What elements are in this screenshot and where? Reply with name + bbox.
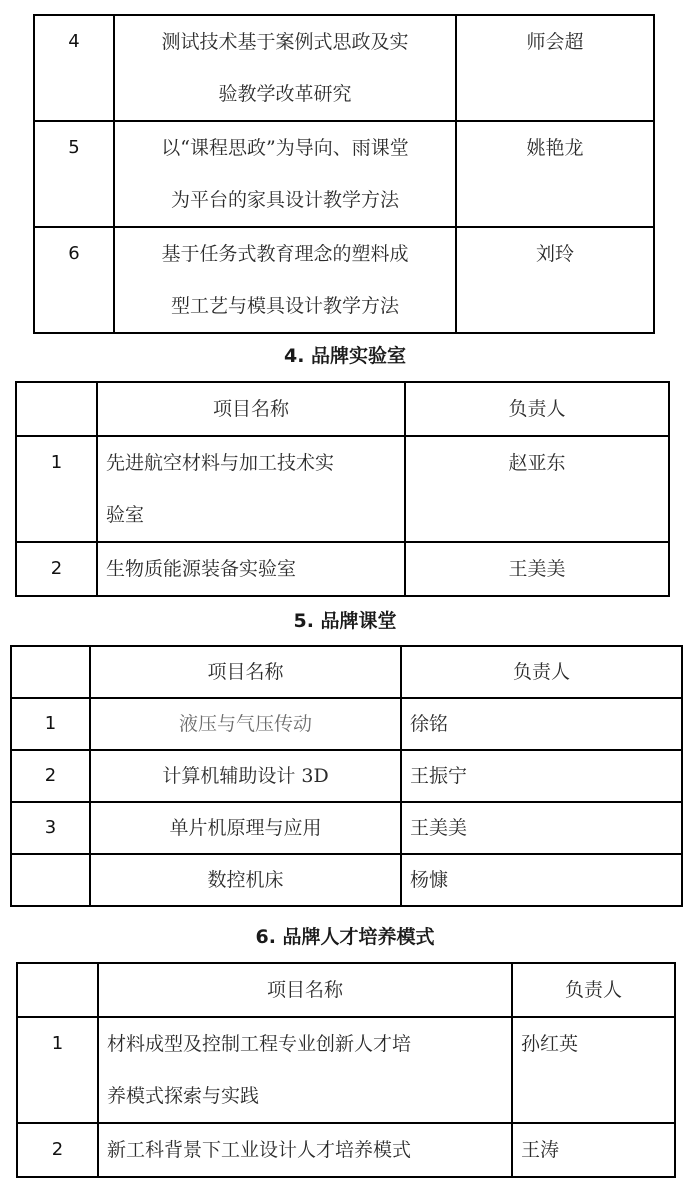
table-row: 5 以“课程思政”为导向、雨课堂 为平台的家具设计教学方法 姚艳龙	[34, 121, 654, 227]
header-number	[16, 382, 97, 436]
row-number: 3	[11, 802, 90, 854]
table-row: 4 测试技术基于案例式思政及实 验教学改革研究 师会超	[34, 15, 654, 121]
row-number: 1	[11, 698, 90, 750]
project-name: 测试技术基于案例式思政及实 验教学改革研究	[114, 15, 456, 121]
brand-course-table: 项目名称 负责人 1 液压与气压传动 徐铭 2 计算机辅助设计 3D 王振宁 3…	[10, 645, 683, 907]
project-name: 计算机辅助设计 3D	[90, 750, 401, 802]
project-name: 新工科背景下工业设计人才培养模式	[98, 1123, 512, 1177]
project-leader: 孙红英	[512, 1017, 675, 1123]
teaching-reform-table-continued: 4 测试技术基于案例式思政及实 验教学改革研究 师会超 5 以“课程思政”为导向…	[33, 14, 655, 334]
row-number: 1	[16, 436, 97, 542]
header-number	[17, 963, 98, 1017]
project-name: 数控机床	[90, 854, 401, 906]
row-number	[11, 854, 90, 906]
talent-cultivation-table: 项目名称 负责人 1 材料成型及控制工程专业创新人才培 养模式探索与实践 孙红英…	[16, 962, 676, 1178]
table-row: 数控机床 杨慷	[11, 854, 682, 906]
project-name: 先进航空材料与加工技术实 验室	[97, 436, 405, 542]
project-name: 基于任务式教育理念的塑料成 型工艺与模具设计教学方法	[114, 227, 456, 333]
table-header-row: 项目名称 负责人	[16, 382, 669, 436]
project-leader: 王美美	[405, 542, 669, 596]
section-heading-brand-lab: 4. 品牌实验室	[0, 341, 690, 368]
project-name: 以“课程思政”为导向、雨课堂 为平台的家具设计教学方法	[114, 121, 456, 227]
row-number: 1	[17, 1017, 98, 1123]
project-leader: 赵亚东	[405, 436, 669, 542]
row-number: 6	[34, 227, 114, 333]
header-project-name: 项目名称	[98, 963, 512, 1017]
project-leader: 杨慷	[401, 854, 682, 906]
project-leader: 徐铭	[401, 698, 682, 750]
section-heading-talent-cultivation: 6. 品牌人才培养模式	[0, 922, 690, 949]
table-header-row: 项目名称 负责人	[11, 646, 682, 698]
brand-lab-table: 项目名称 负责人 1 先进航空材料与加工技术实 验室 赵亚东 2 生物质能源装备…	[15, 381, 670, 597]
project-leader: 王涛	[512, 1123, 675, 1177]
header-number	[11, 646, 90, 698]
table-row: 1 先进航空材料与加工技术实 验室 赵亚东	[16, 436, 669, 542]
header-leader: 负责人	[401, 646, 682, 698]
project-leader: 王振宁	[401, 750, 682, 802]
project-name: 液压与气压传动	[90, 698, 401, 750]
project-leader: 刘玲	[456, 227, 654, 333]
row-number: 5	[34, 121, 114, 227]
row-number: 2	[17, 1123, 98, 1177]
table-row: 6 基于任务式教育理念的塑料成 型工艺与模具设计教学方法 刘玲	[34, 227, 654, 333]
section-heading-brand-course: 5. 品牌课堂	[0, 606, 690, 633]
header-project-name: 项目名称	[90, 646, 401, 698]
header-project-name: 项目名称	[97, 382, 405, 436]
header-leader: 负责人	[405, 382, 669, 436]
row-number: 2	[16, 542, 97, 596]
table-row: 1 材料成型及控制工程专业创新人才培 养模式探索与实践 孙红英	[17, 1017, 675, 1123]
table-row: 1 液压与气压传动 徐铭	[11, 698, 682, 750]
table-row: 2 新工科背景下工业设计人才培养模式 王涛	[17, 1123, 675, 1177]
table-header-row: 项目名称 负责人	[17, 963, 675, 1017]
header-leader: 负责人	[512, 963, 675, 1017]
project-name: 生物质能源装备实验室	[97, 542, 405, 596]
project-name: 材料成型及控制工程专业创新人才培 养模式探索与实践	[98, 1017, 512, 1123]
project-leader: 师会超	[456, 15, 654, 121]
table-row: 2 计算机辅助设计 3D 王振宁	[11, 750, 682, 802]
table-row: 3 单片机原理与应用 王美美	[11, 802, 682, 854]
project-leader: 姚艳龙	[456, 121, 654, 227]
project-leader: 王美美	[401, 802, 682, 854]
table-row: 2 生物质能源装备实验室 王美美	[16, 542, 669, 596]
row-number: 4	[34, 15, 114, 121]
row-number: 2	[11, 750, 90, 802]
project-name: 单片机原理与应用	[90, 802, 401, 854]
